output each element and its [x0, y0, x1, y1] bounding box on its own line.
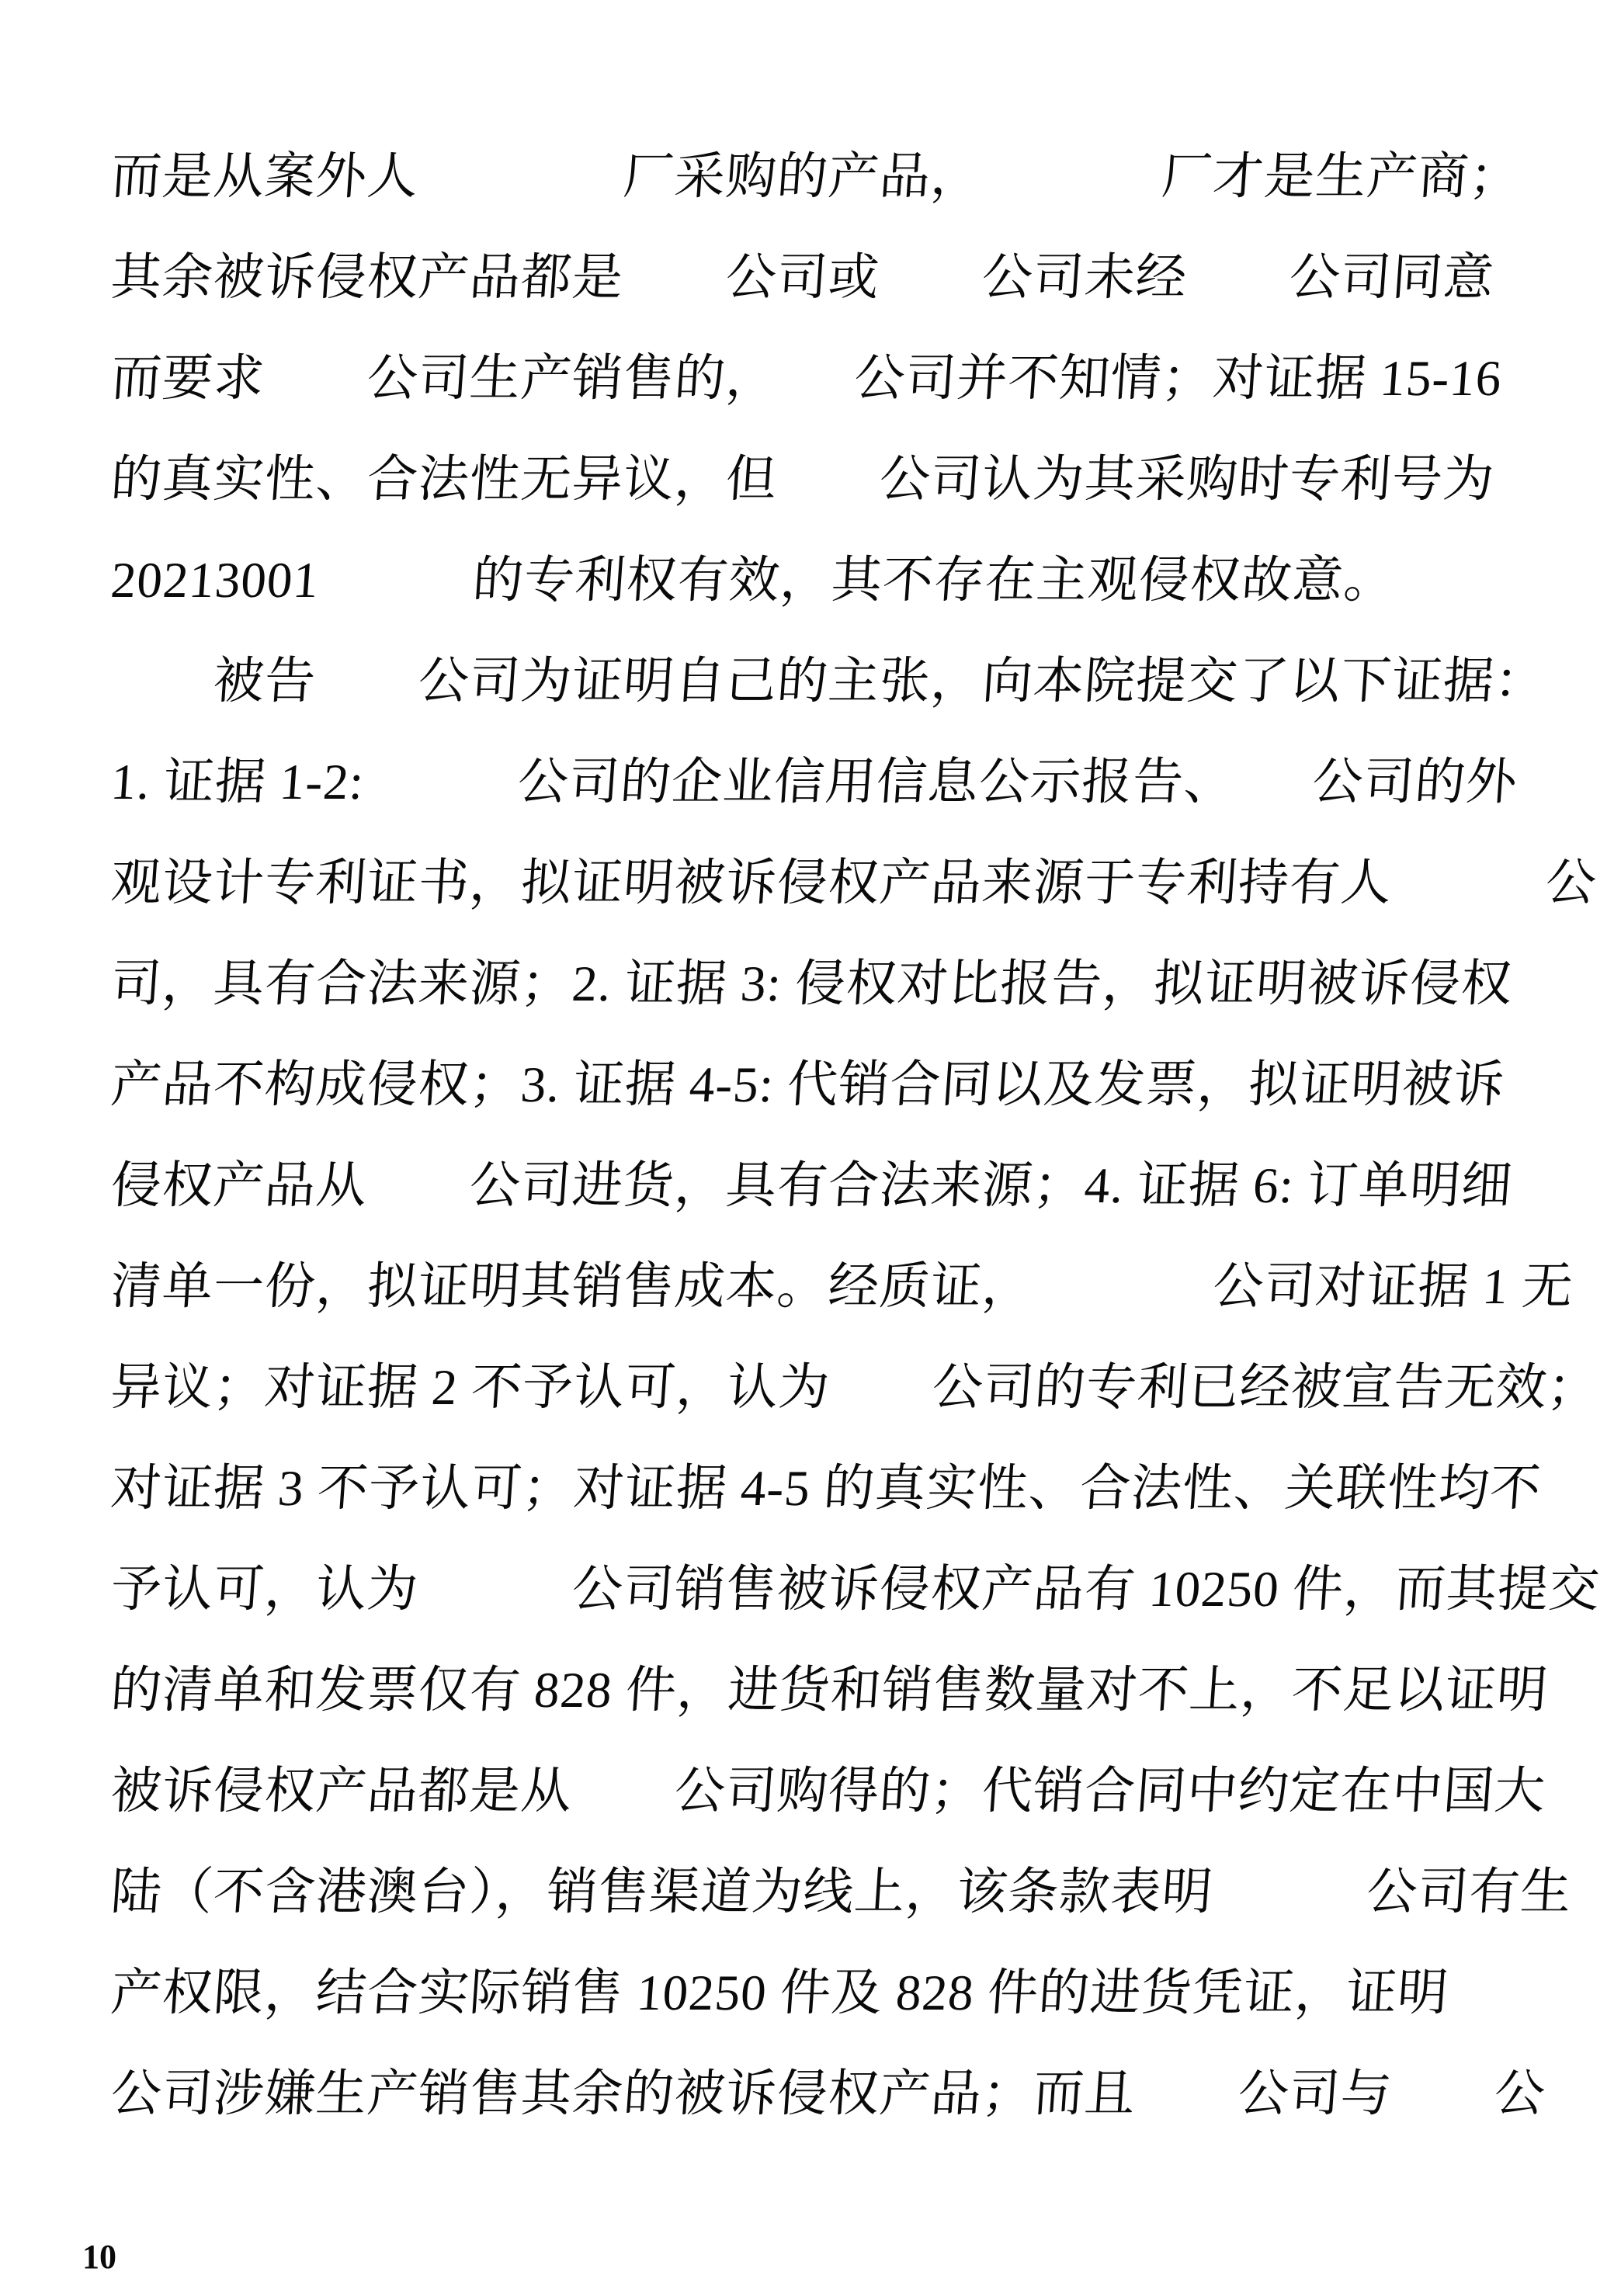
- text-line: 对证据 3 不予认可；对证据 4-5 的真实性、合法性、关联性均不: [107, 1438, 1601, 1539]
- text-line: 产品不构成侵权；3. 证据 4-5: 代销合同以及发票，拟证明被诉: [107, 1035, 1601, 1136]
- text-line: 的清单和发票仅有 828 件，进货和销售数量对不上，不足以证明: [107, 1640, 1601, 1741]
- text-line: 陆（不含港澳台），销售渠道为线上，该条款表明 公司有生: [107, 1842, 1601, 1943]
- text-line: 产权限，结合实际销售 10250 件及 828 件的进货凭证，证明: [107, 1943, 1601, 2044]
- text-line: 的真实性、合法性无异议，但 公司认为其采购时专利号为: [107, 429, 1601, 530]
- text-line: 清单一份，拟证明其销售成本。经质证， 公司对证据 1 无: [107, 1236, 1601, 1337]
- text-line: 其余被诉侵权产品都是 公司或 公司未经 公司同意: [107, 227, 1601, 328]
- text-line: 予认可，认为 公司销售被诉侵权产品有 10250 件，而其提交: [107, 1539, 1601, 1640]
- text-line: 司，具有合法来源；2. 证据 3: 侵权对比报告，拟证明被诉侵权: [107, 934, 1601, 1035]
- text-line: 被诉侵权产品都是从 公司购得的；代销合同中约定在中国大: [107, 1741, 1601, 1842]
- text-line: 被告 公司为证明自己的主张，向本院提交了以下证据：: [107, 631, 1601, 732]
- text-line: 公司涉嫌生产销售其余的被诉侵权产品；而且 公司与 公: [107, 2044, 1601, 2145]
- text-line: 1. 证据 1-2: 公司的企业信用信息公示报告、 公司的外: [107, 732, 1601, 833]
- scanned-document-page: 而是从案外人 厂采购的产品， 厂才是生产商； 其余被诉侵权产品都是 公司或 公司…: [0, 0, 1621, 2296]
- text-line: 观设计专利证书，拟证明被诉侵权产品来源于专利持有人 公: [107, 833, 1601, 934]
- text-line: 侵权产品从 公司进货，具有合法来源；4. 证据 6: 订单明细: [107, 1136, 1601, 1236]
- text-line: 异议；对证据 2 不予认可，认为 公司的专利已经被宣告无效；: [107, 1337, 1601, 1438]
- text-line: 而要求 公司生产销售的， 公司并不知情；对证据 15-16: [107, 328, 1601, 429]
- body-text: 而是从案外人 厂采购的产品， 厂才是生产商； 其余被诉侵权产品都是 公司或 公司…: [111, 127, 1598, 2145]
- page-number: 10: [82, 2237, 116, 2278]
- text-line: 20213001 的专利权有效，其不存在主观侵权故意。: [107, 530, 1601, 631]
- text-line: 而是从案外人 厂采购的产品， 厂才是生产商；: [107, 127, 1601, 227]
